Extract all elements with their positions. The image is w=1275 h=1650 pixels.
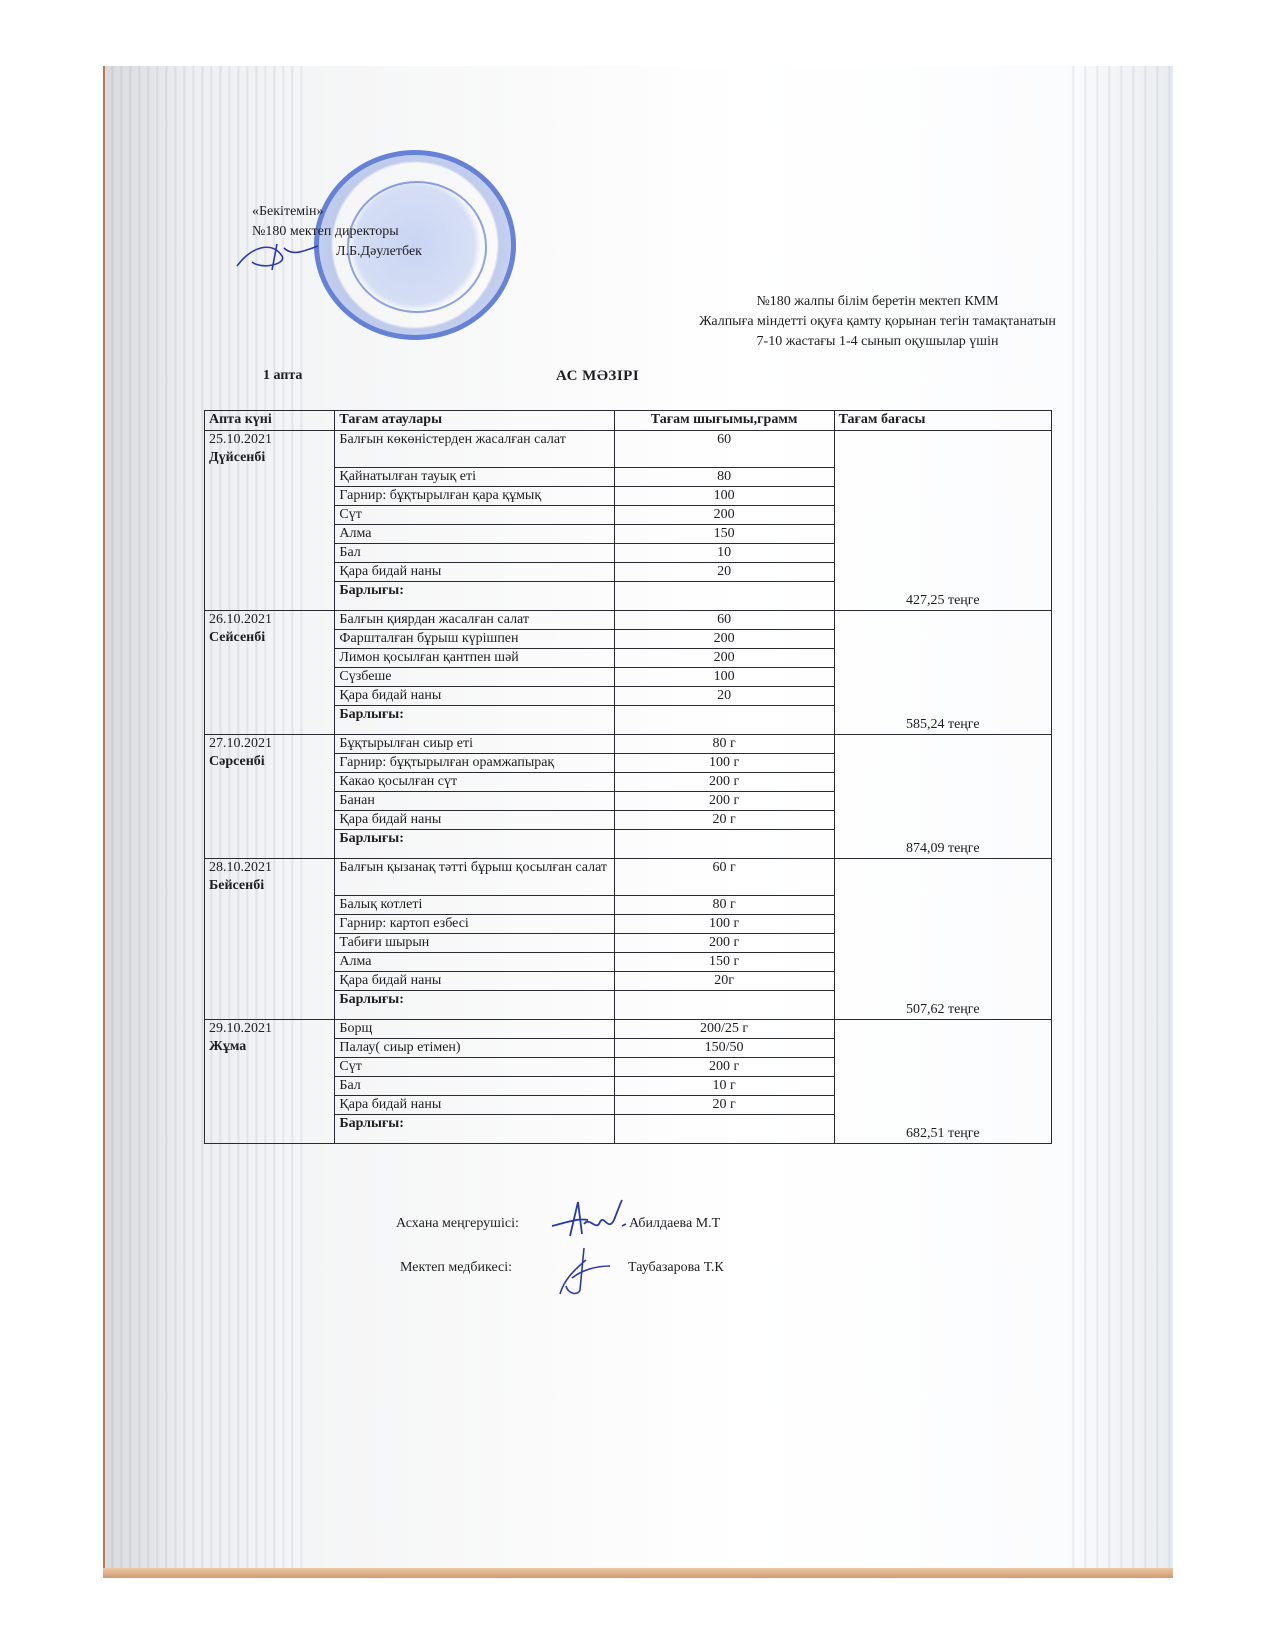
header-day: Апта күні: [205, 411, 335, 431]
day-cell: 28.10.2021Бейсенбі: [205, 859, 335, 1020]
day-name: Жұма: [209, 1038, 330, 1056]
dish-yield: 200: [614, 630, 834, 649]
dish-name: Банан: [335, 792, 614, 811]
dish-yield: 60 г: [614, 859, 834, 896]
dish-name: Сүт: [335, 506, 614, 525]
dish-yield: 20 г: [614, 1096, 834, 1115]
total-yield-empty: [614, 582, 834, 611]
dish-name: Балғын қызанақ тәтті бұрыш қосылған сала…: [335, 859, 614, 896]
dish-yield: 150: [614, 525, 834, 544]
table-row: 29.10.2021ЖұмаБорщ200/25 г682,51 теңге: [205, 1020, 1052, 1039]
total-label: Барлығы:: [335, 991, 614, 1020]
dish-name: Лимон қосылған қантпен шәй: [335, 649, 614, 668]
canteen-head-name: Абилдаева М.Т: [629, 1216, 720, 1232]
dish-name: Фаршталған бұрыш күрішпен: [335, 630, 614, 649]
header-dish: Тағам атаулары: [335, 411, 614, 431]
header-price: Тағам бағасы: [834, 411, 1051, 431]
dish-name: Бұқтырылған сиыр еті: [335, 735, 614, 754]
total-label: Барлығы:: [335, 1115, 614, 1144]
day-date: 28.10.2021: [209, 859, 330, 877]
approval-line: «Бекітемін»: [252, 202, 422, 222]
dish-name: Қара бидай наны: [335, 811, 614, 830]
day-cell: 26.10.2021Сейсенбі: [205, 611, 335, 735]
dish-name: Палау( сиыр етімен): [335, 1039, 614, 1058]
dish-yield: 200: [614, 649, 834, 668]
dish-name: Қара бидай наны: [335, 972, 614, 991]
dish-name: Сүт: [335, 1058, 614, 1077]
total-label: Барлығы:: [335, 582, 614, 611]
day-name: Сейсенбі: [209, 629, 330, 647]
day-price: 874,09 теңге: [834, 735, 1051, 859]
dish-name: Балғын қиярдан жасалған салат: [335, 611, 614, 630]
dish-yield: 20 г: [614, 811, 834, 830]
dish-yield: 60: [614, 611, 834, 630]
table-row: 25.10.2021ДүйсенбіБалғын көкөністерден ж…: [205, 431, 1052, 468]
header-yield: Тағам шығымы,грамм: [614, 411, 834, 431]
dish-name: Сүзбеше: [335, 668, 614, 687]
dish-name: Бал: [335, 1077, 614, 1096]
dish-yield: 10: [614, 544, 834, 563]
dish-name: Қайнатылған тауық еті: [335, 468, 614, 487]
dish-yield: 10 г: [614, 1077, 834, 1096]
dish-name: Гарнир: бұқтырылған орамжапырақ: [335, 754, 614, 773]
menu-table-body: 25.10.2021ДүйсенбіБалғын көкөністерден ж…: [205, 431, 1052, 1144]
dish-yield: 80 г: [614, 735, 834, 754]
dish-yield: 200 г: [614, 1058, 834, 1077]
dish-yield: 80 г: [614, 896, 834, 915]
dish-name: Қара бидай наны: [335, 563, 614, 582]
nurse-label: Мектеп медбикесі:: [400, 1260, 512, 1276]
day-name: Бейсенбі: [209, 877, 330, 895]
day-price: 682,51 теңге: [834, 1020, 1051, 1144]
dish-yield: 150/50: [614, 1039, 834, 1058]
program-description: Жалпыға міндетті оқуға қамту қорынан тег…: [240, 312, 1275, 332]
canteen-head-label: Асхана меңгерушісі:: [396, 1216, 519, 1232]
day-price: 507,62 теңге: [834, 859, 1051, 1020]
day-name: Дүйсенбі: [209, 449, 330, 467]
dish-name: Борщ: [335, 1020, 614, 1039]
dish-yield: 20: [614, 687, 834, 706]
dish-yield: 80: [614, 468, 834, 487]
dish-name: Какао қосылған сүт: [335, 773, 614, 792]
day-date: 26.10.2021: [209, 611, 330, 629]
total-label: Барлығы:: [335, 706, 614, 735]
day-cell: 27.10.2021Сәрсенбі: [205, 735, 335, 859]
director-signature-icon: [232, 236, 322, 276]
dish-yield: 100 г: [614, 754, 834, 773]
school-name: №180 жалпы білім беретін мектеп КММ: [240, 292, 1275, 312]
dish-yield: 200 г: [614, 773, 834, 792]
table-row: 28.10.2021БейсенбіБалғын қызанақ тәтті б…: [205, 859, 1052, 896]
day-cell: 25.10.2021Дүйсенбі: [205, 431, 335, 611]
total-yield-empty: [614, 830, 834, 859]
dish-name: Табиғи шырын: [335, 934, 614, 953]
day-price: 585,24 теңге: [834, 611, 1051, 735]
dish-yield: 100 г: [614, 915, 834, 934]
day-name: Сәрсенбі: [209, 753, 330, 771]
dish-yield: 200 г: [614, 934, 834, 953]
total-yield-empty: [614, 706, 834, 735]
dish-name: Қара бидай наны: [335, 1096, 614, 1115]
dish-yield: 150 г: [614, 953, 834, 972]
dish-yield: 200 г: [614, 792, 834, 811]
dish-yield: 200/25 г: [614, 1020, 834, 1039]
day-date: 27.10.2021: [209, 735, 330, 753]
dish-yield: 100: [614, 487, 834, 506]
total-yield-empty: [614, 991, 834, 1020]
day-date: 25.10.2021: [209, 431, 330, 449]
dish-yield: 100: [614, 668, 834, 687]
total-label: Барлығы:: [335, 830, 614, 859]
dish-name: Балғын көкөністерден жасалған салат: [335, 431, 614, 468]
menu-title: АС МӘЗІРІ: [556, 368, 639, 385]
dish-yield: 60: [614, 431, 834, 468]
table-header-row: Апта күні Тағам атаулары Тағам шығымы,гр…: [205, 411, 1052, 431]
week-label: 1 апта: [263, 368, 302, 384]
day-price: 427,25 теңге: [834, 431, 1051, 611]
table-row: 26.10.2021СейсенбіБалғын қиярдан жасалға…: [205, 611, 1052, 630]
dish-yield: 20: [614, 563, 834, 582]
dish-name: Алма: [335, 953, 614, 972]
dish-yield: 20г: [614, 972, 834, 991]
dish-name: Қара бидай наны: [335, 687, 614, 706]
table-surface-edge: [103, 1568, 1173, 1578]
dish-name: Алма: [335, 525, 614, 544]
dish-name: Гарнир: картоп езбесі: [335, 915, 614, 934]
dish-name: Гарнир: бұқтырылған қара құмық: [335, 487, 614, 506]
dish-name: Бал: [335, 544, 614, 563]
table-row: 27.10.2021СәрсенбіБұқтырылған сиыр еті80…: [205, 735, 1052, 754]
nurse-name: Таубазарова Т.К: [628, 1260, 724, 1276]
canteen-head-signature-icon: [548, 1196, 628, 1242]
audience-description: 7-10 жастағы 1-4 сынып оқушылар үшін: [240, 332, 1275, 352]
dish-yield: 200: [614, 506, 834, 525]
menu-table: Апта күні Тағам атаулары Тағам шығымы,гр…: [204, 410, 1052, 1144]
total-yield-empty: [614, 1115, 834, 1144]
dish-name: Балық котлеті: [335, 896, 614, 915]
day-date: 29.10.2021: [209, 1020, 330, 1038]
day-cell: 29.10.2021Жұма: [205, 1020, 335, 1144]
nurse-signature-icon: [552, 1240, 612, 1300]
